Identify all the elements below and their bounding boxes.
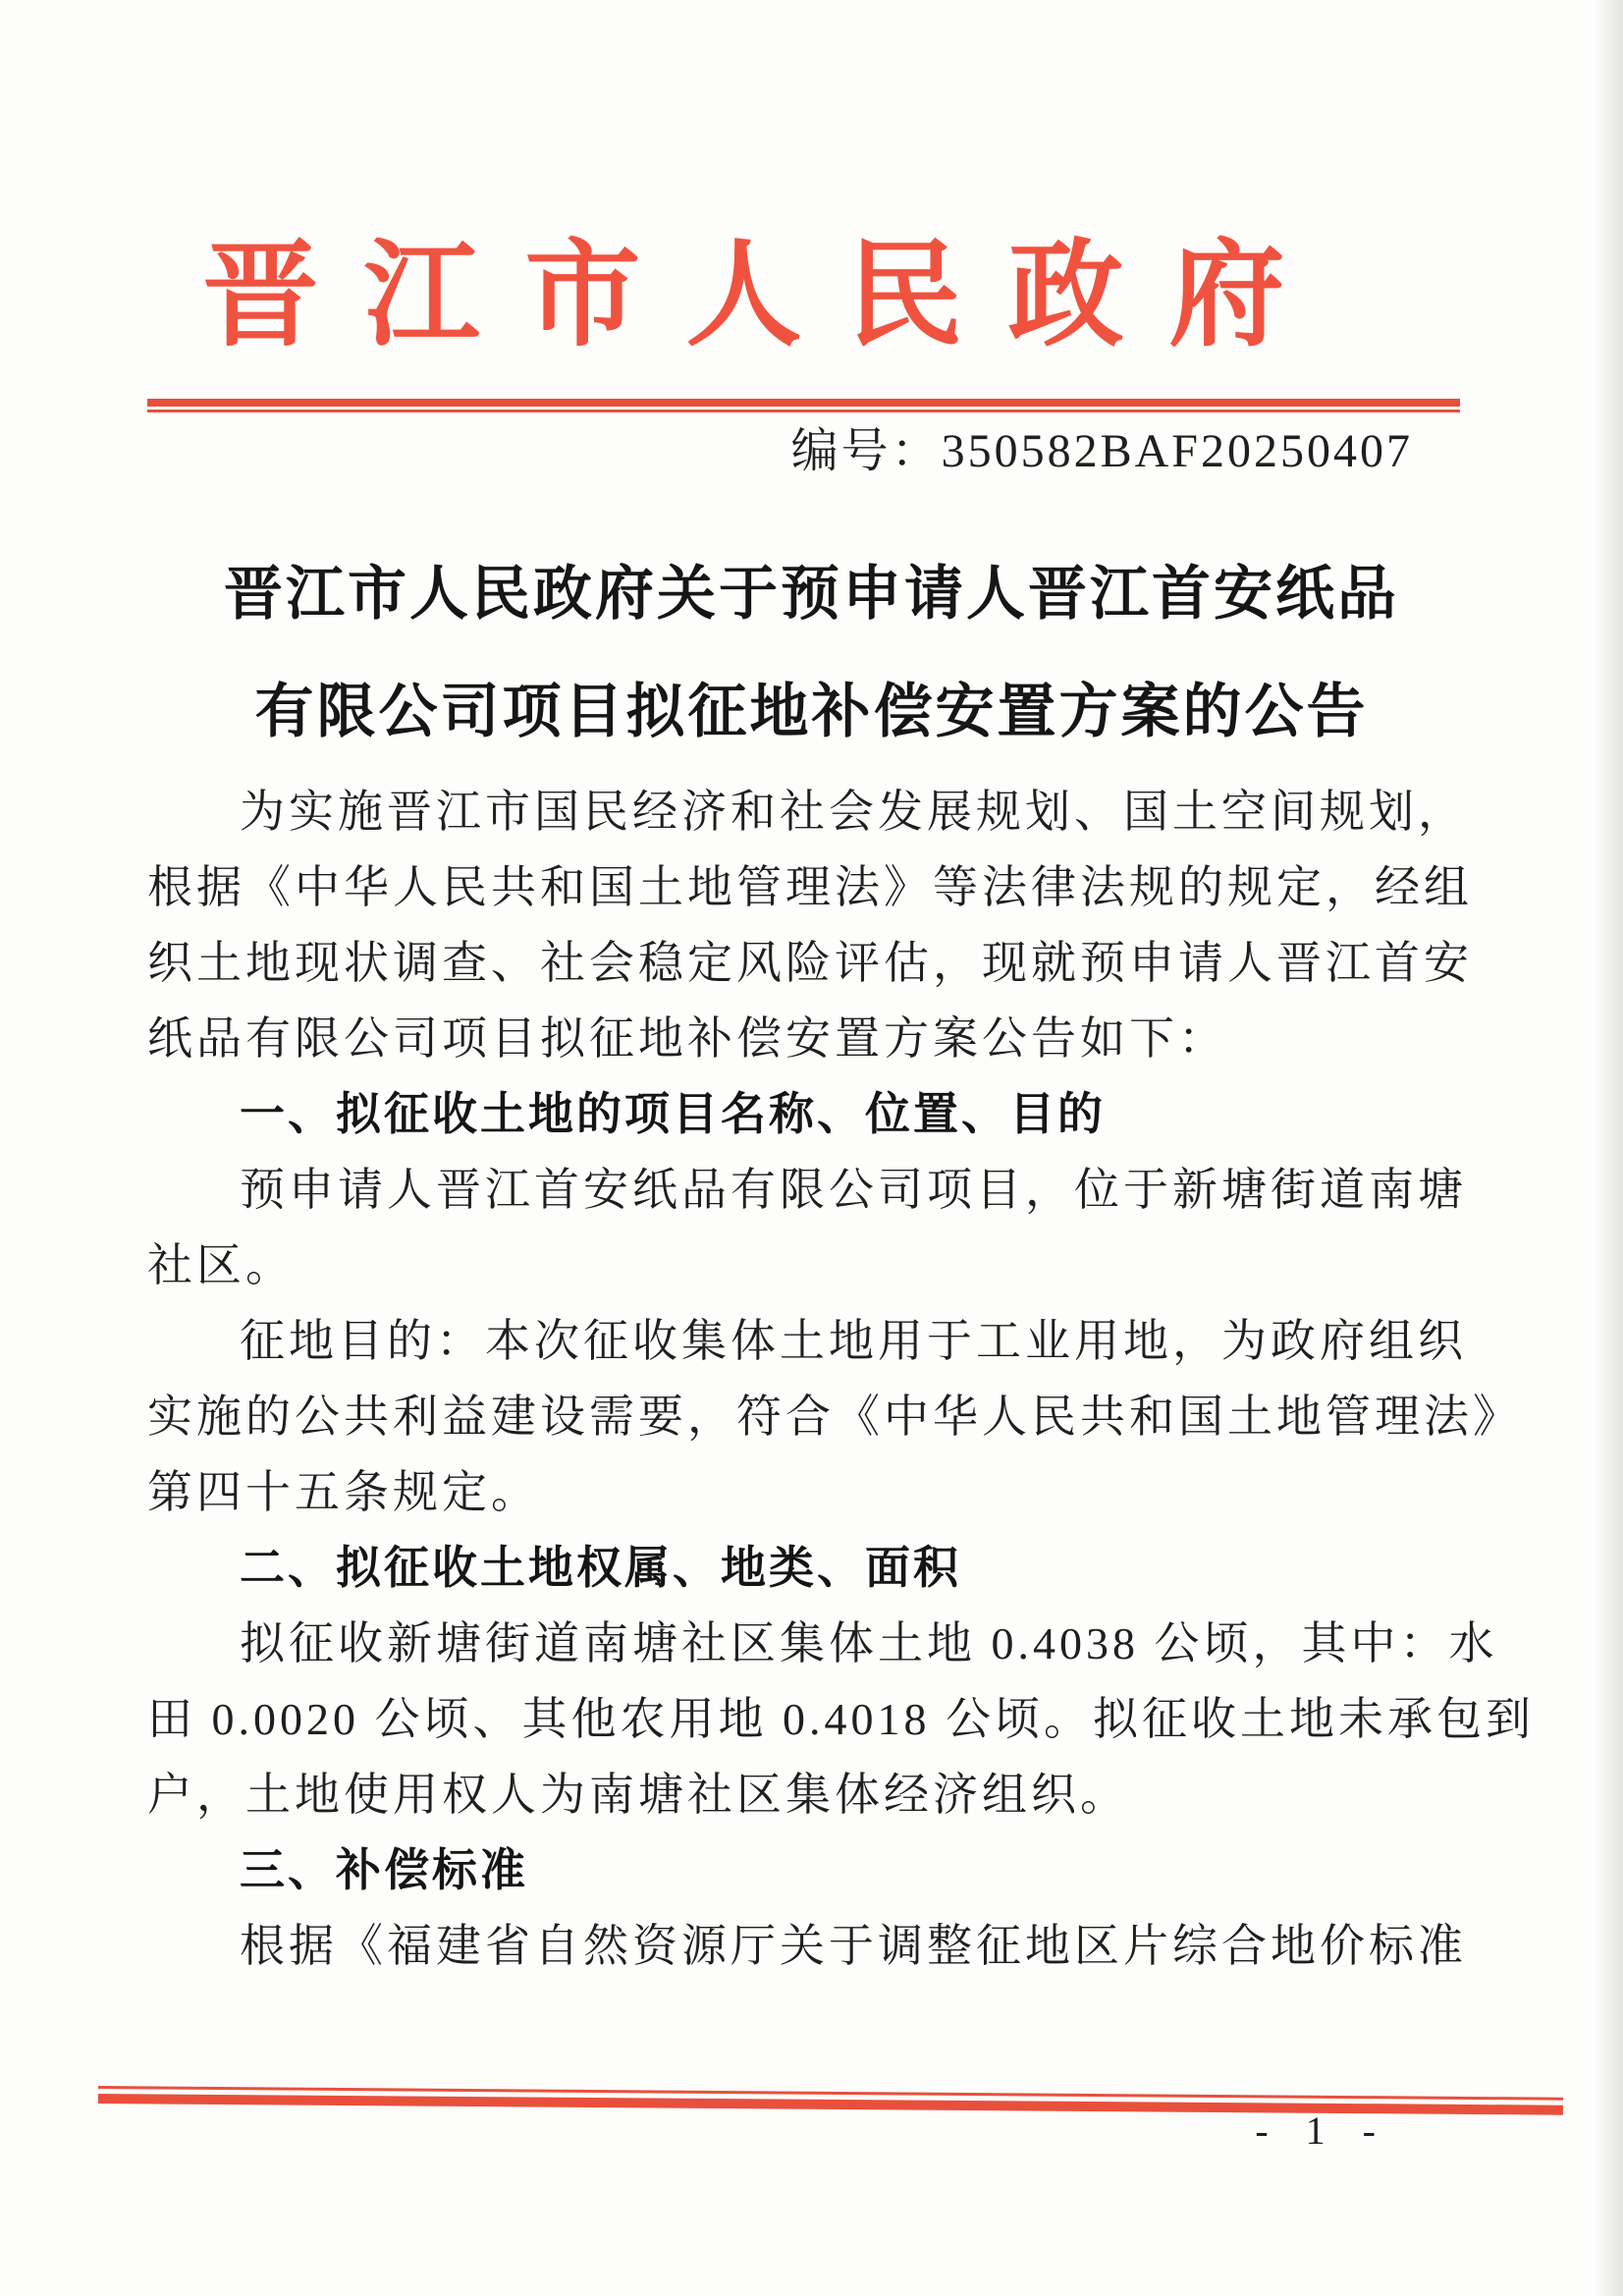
doc-body: 为实施晋江市国民经济和社会发展规划、国土空间规划，根据《中华人民共和国土地管理法… bbox=[147, 774, 1468, 1984]
scan-edge-shadow bbox=[1594, 0, 1623, 2296]
body-line: 根据《福建省自然资源厅关于调整征地区片综合地价标准 bbox=[147, 1908, 1468, 1984]
doc-title: 晋江市人民政府关于预申请人晋江首安纸品 有限公司项目拟征地补偿安置方案的公告 bbox=[0, 535, 1623, 771]
body-line: 征地目的：本次征收集体土地用于工业用地，为政府组织 bbox=[147, 1303, 1468, 1379]
doc-title-line1: 晋江市人民政府关于预申请人晋江首安纸品 bbox=[0, 535, 1623, 653]
section-heading: 一、拟征收土地的项目名称、位置、目的 bbox=[147, 1076, 1468, 1152]
body-line: 田 0.0020 公顷、其他农用地 0.4018 公顷。拟征收土地未承包到 bbox=[147, 1681, 1468, 1757]
body-line: 织土地现状调查、社会稳定风险评估，现就预申请人晋江首安 bbox=[147, 925, 1468, 1001]
section-heading: 二、拟征收土地权属、地类、面积 bbox=[147, 1530, 1468, 1606]
body-line: 社区。 bbox=[147, 1228, 1468, 1303]
body-line: 纸品有限公司项目拟征地补偿安置方案公告如下： bbox=[147, 1001, 1468, 1076]
page-number: - 1 - bbox=[1255, 2107, 1389, 2154]
document-page: 晋江市人民政府 编号：350582BAF20250407 晋江市人民政府关于预申… bbox=[0, 0, 1623, 2296]
body-line: 拟征收新塘街道南塘社区集体土地 0.4038 公顷，其中：水 bbox=[147, 1606, 1468, 1681]
body-line: 实施的公共利益建设需要，符合《中华人民共和国土地管理法》 bbox=[147, 1379, 1468, 1454]
body-line: 根据《中华人民共和国土地管理法》等法律法规的规定，经组 bbox=[147, 849, 1468, 925]
body-line: 户，土地使用权人为南塘社区集体经济组织。 bbox=[147, 1757, 1468, 1832]
doc-title-line2: 有限公司项目拟征地补偿安置方案的公告 bbox=[0, 653, 1623, 771]
letterhead-gov-title: 晋江市人民政府 bbox=[0, 224, 1578, 369]
letterhead-divider bbox=[147, 399, 1460, 412]
body-line: 预申请人晋江首安纸品有限公司项目，位于新塘街道南塘 bbox=[147, 1152, 1468, 1228]
body-line: 第四十五条规定。 bbox=[147, 1454, 1468, 1530]
letterhead-divider-thick-line bbox=[147, 399, 1460, 407]
body-line: 为实施晋江市国民经济和社会发展规划、国土空间规划， bbox=[147, 774, 1468, 849]
section-heading: 三、补偿标准 bbox=[147, 1832, 1468, 1908]
doc-number: 编号：350582BAF20250407 bbox=[791, 412, 1413, 480]
